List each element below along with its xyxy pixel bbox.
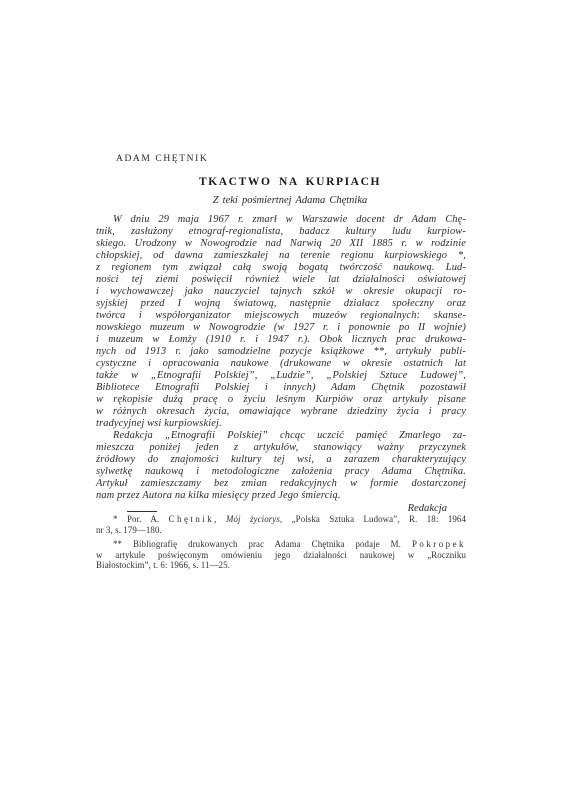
text-segment: , [214,514,226,524]
letterspaced-name: Chętnik [169,514,215,524]
article-subtitle: Z teki pośmiertnej Adama Chętnika [96,195,466,207]
footnote: ** Bibliografię drukowanych prac Adama C… [96,539,466,571]
text-column: ADAM CHĘTNIK TKACTWO NA KURPIACH Z teki … [96,0,466,800]
text-line: także w „Etnografii Polskiej”, „Ludzie”,… [96,370,466,382]
text-line: nowskiego muzeum w Nowogrodzie (w 1927 r… [96,322,466,334]
text-line: nych od 1913 r. jako samodzielne pozycje… [96,346,466,358]
text-line: mieszcza poniżej jeden z artykułów, stan… [96,442,466,454]
letterspaced-name: Pokropek [412,539,466,549]
author-line: ADAM CHĘTNIK [116,154,208,164]
text-segment: ** Bibliografię drukowanych prac Adama C… [113,539,412,549]
scanned-page: ADAM CHĘTNIK TKACTWO NA KURPIACH Z teki … [0,0,567,800]
text-line: tnik, zasłużony etnograf-regionalista, b… [96,226,466,238]
text-line: w rękopisie dużą pracę o życiu leśnym Ku… [96,394,466,406]
paragraph: Redakcja „Etnografii Polskiej” chcąc ucz… [96,430,466,502]
footnotes: * Por. A. Chętnik, Mój życiorys, „Polska… [96,514,466,571]
text-line: ** Bibliografię drukowanych prac Adama C… [96,539,466,550]
text-line: * Por. A. Chętnik, Mój życiorys, „Polska… [96,514,466,525]
article-title: TKACTWO NA KURPIACH [96,176,466,188]
text-line: twórca i współorganizator miejscowych mu… [96,310,466,322]
text-line: w artykule poświęconym omówieniu jego dz… [96,550,466,561]
editorial-note: W dniu 29 maja 1967 r. zmarł w Warszawie… [96,214,466,502]
text-line: Artykuł zamieszczamy bez zmian redakcyjn… [96,478,466,490]
text-line: sylwetkę naukową i metodologiczne założe… [96,466,466,478]
text-segment: , „Polska Sztuka Ludowa”, R. 18: 1964 [280,514,466,524]
text-line: nr 3, s. 179—180. [96,525,466,536]
text-line: chłopskiej, od dawna zamieszkałej na ter… [96,250,466,262]
text-line: w różnych okresach życia, omawiające wyb… [96,406,466,418]
text-line: z regionem tym związał całą swoją bogatą… [96,262,466,274]
footnote: * Por. A. Chętnik, Mój życiorys, „Polska… [96,514,466,535]
footnote-separator [127,511,157,512]
text-line: tradycyjnej wsi kurpiowskiej. [96,418,466,430]
paragraph: W dniu 29 maja 1967 r. zmarł w Warszawie… [96,214,466,430]
italic-phrase: Mój życiorys [226,514,280,524]
text-line: syjskiej przed I wojną światową, następn… [96,298,466,310]
text-line: skiego. Urodzony w Nowogrodzie nad Narwi… [96,238,466,250]
text-line: ności tej ziemi poświęcił również wiele … [96,274,466,286]
text-line: Bibliotece Etnografii Polskiej i innych)… [96,382,466,394]
text-line: źródłowy do znajomości kultury tej wsi, … [96,454,466,466]
text-line: Redakcja „Etnografii Polskiej” chcąc ucz… [96,430,466,442]
text-line: cystyczne i opracowania naukowe (drukowa… [96,358,466,370]
text-line: i muzeum w Łomży (1910 r. i 1947 r.). Ob… [96,334,466,346]
text-line: Białostockim”, t. 6: 1966, s. 11—25. [96,560,466,571]
text-line: i wychowawczej jako nauczyciel tajnych s… [96,286,466,298]
text-line: W dniu 29 maja 1967 r. zmarł w Warszawie… [96,214,466,226]
text-line: nam przez Autora na kilka miesięcy przed… [96,490,466,502]
text-segment: * Por. A. [113,514,169,524]
